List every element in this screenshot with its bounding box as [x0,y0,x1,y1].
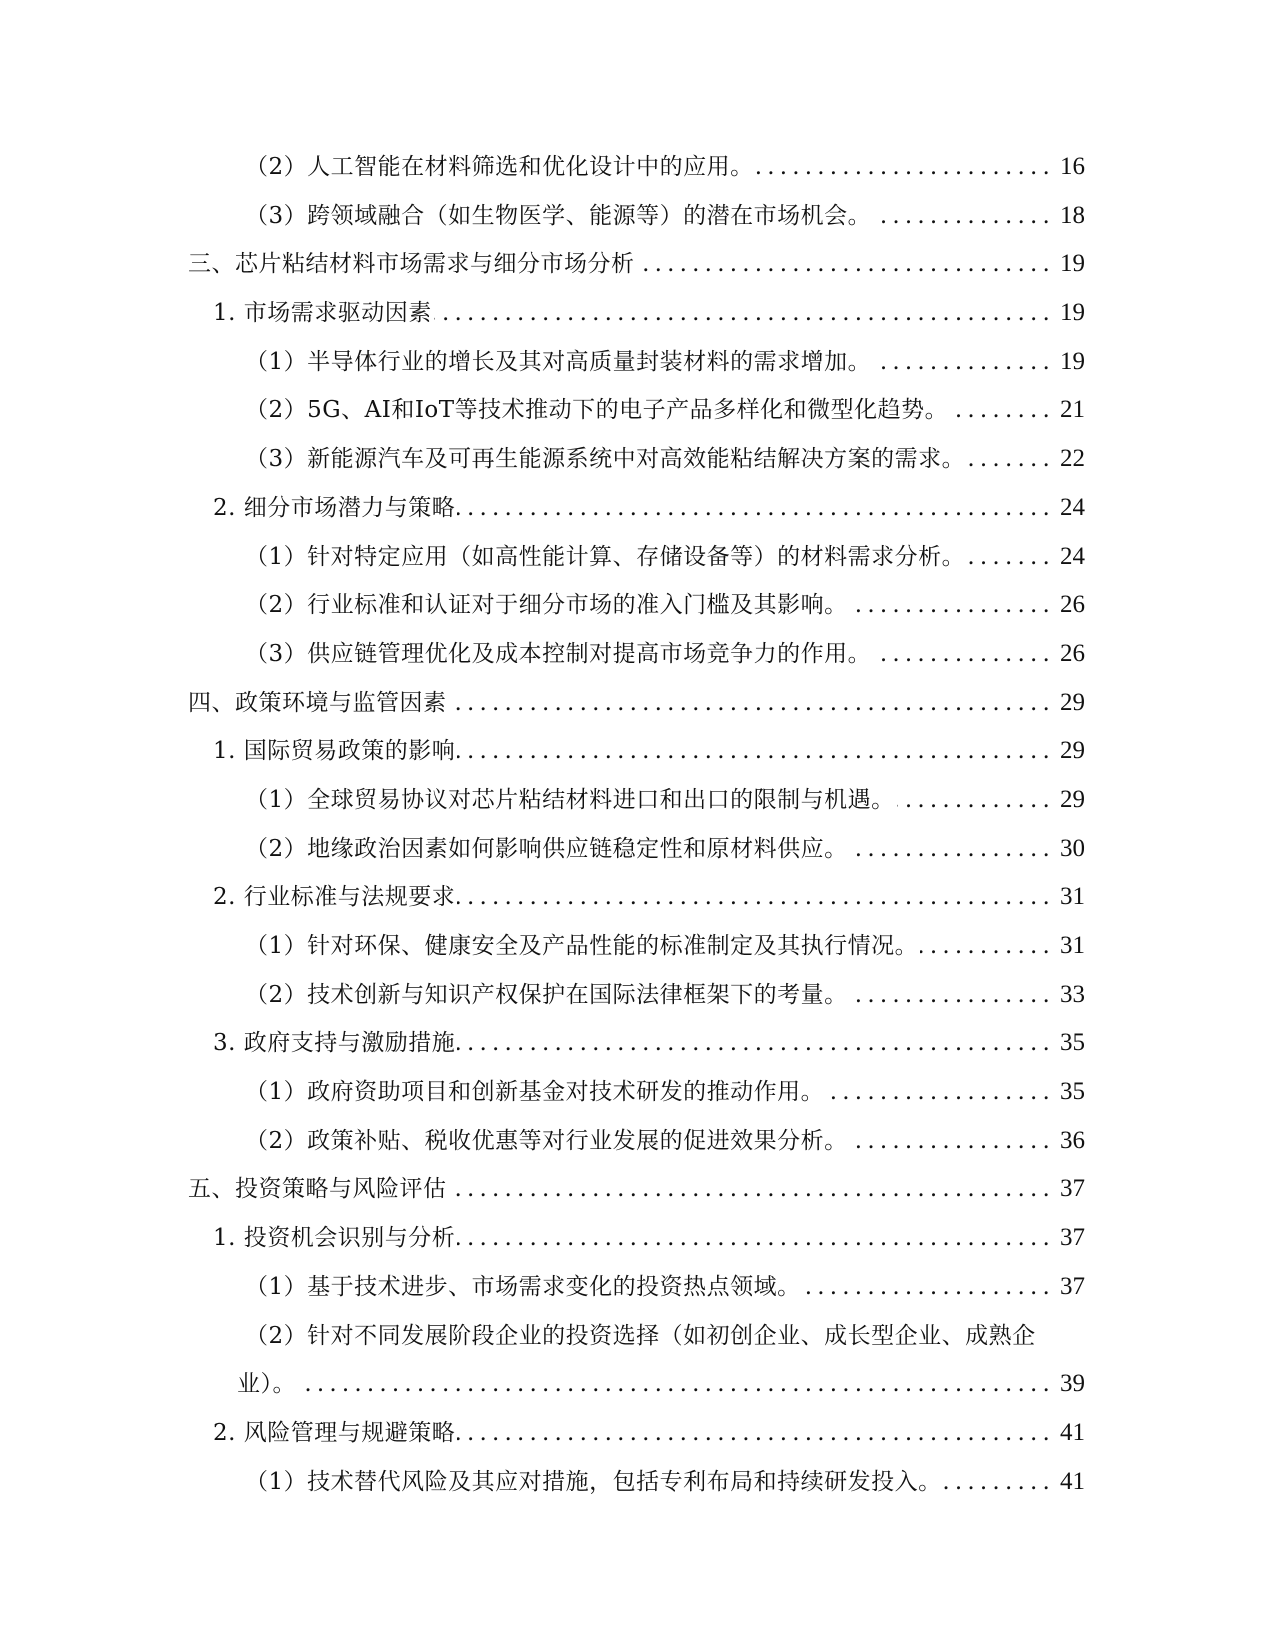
toc-entry-title: 三、芯片粘结材料市场需求与细分市场分析 [188,240,635,289]
toc-entry[interactable]: （3）供应链管理优化及成本控制对提高市场竞争力的作用。26 [0,630,1275,679]
toc-page-number: 18 [1057,192,1085,241]
toc-entry[interactable]: （2）人工智能在材料筛选和优化设计中的应用。16 [0,143,1275,192]
dot-leader [967,533,1055,582]
toc-page-number: 29 [1057,776,1085,825]
toc-entry-title: （2）人工智能在材料筛选和优化设计中的应用。 [245,143,754,192]
dot-leader [873,630,1055,679]
toc-page-number: 19 [1057,338,1085,387]
toc-entry[interactable]: （1）针对环保、健康安全及产品性能的标准制定及其执行情况。31 [0,922,1275,971]
toc-entry[interactable]: （1）半导体行业的增长及其对高质量封装材料的需求增加。19 [0,338,1275,387]
toc-section-entry[interactable]: 1. 市场需求驱动因素19 [0,289,1275,338]
toc-page-number: 16 [1057,143,1085,192]
toc-page-number: 26 [1057,630,1085,679]
dot-leader [449,1165,1056,1214]
toc-entry-title: （3）新能源汽车及可再生能源系统中对高效能粘结解决方案的需求。 [245,435,965,484]
toc-entry-title: （2）地缘政治因素如何影响供应链稳定性和原材料供应。 [245,825,848,874]
toc-entry-title: 1. 国际贸易政策的影响 [213,727,455,776]
toc-entry[interactable]: （3）跨领域融合（如生物医学、能源等）的潜在市场机会。18 [0,192,1275,241]
toc-page-number: 29 [1057,727,1085,776]
dot-leader [449,679,1056,728]
dot-leader [434,289,1055,338]
dot-leader [920,922,1055,971]
toc-page-number: 21 [1057,386,1085,435]
toc-entry-title: （2）针对不同发展阶段企业的投资选择（如初创企业、成长型企业、成熟企 [245,1312,1036,1361]
toc-entry-title: （1）针对环保、健康安全及产品性能的标准制定及其执行情况。 [245,922,918,971]
toc-entry-title: （2）政策补贴、税收优惠等对行业发展的促进效果分析。 [245,1117,848,1166]
dot-leader [944,1458,1055,1507]
dot-leader [873,338,1055,387]
toc-page-number: 41 [1057,1409,1085,1458]
toc-entry-wrapped-continuation[interactable]: 业）。39 [0,1360,1275,1409]
toc-page-number: 37 [1057,1263,1085,1312]
dot-leader [457,727,1055,776]
toc-section-entry[interactable]: 2. 风险管理与规避策略41 [0,1409,1275,1458]
toc-page-number: 24 [1057,533,1085,582]
toc-entry[interactable]: （2）5G、AI和IoT等技术推动下的电子产品多样化和微型化趋势。21 [0,386,1275,435]
toc-entry-title: 1. 市场需求驱动因素 [213,289,432,338]
toc-section-entry[interactable]: 1. 投资机会识别与分析37 [0,1214,1275,1263]
toc-entry[interactable]: （1）全球贸易协议对芯片粘结材料进口和出口的限制与机遇。29 [0,776,1275,825]
toc-section-entry[interactable]: 3. 政府支持与激励措施35 [0,1019,1275,1068]
toc-entry[interactable]: （2）政策补贴、税收优惠等对行业发展的促进效果分析。36 [0,1117,1275,1166]
dot-leader [897,776,1055,825]
toc-entry-title: 四、政策环境与监管因素 [188,679,447,728]
toc-page-number: 36 [1057,1117,1085,1166]
toc-entry-title: 2. 行业标准与法规要求 [213,873,455,922]
toc-page-number: 39 [1057,1360,1085,1409]
toc-chapter-entry[interactable]: 四、政策环境与监管因素29 [0,679,1275,728]
toc-entry[interactable]: （2）地缘政治因素如何影响供应链稳定性和原材料供应。30 [0,825,1275,874]
toc-section-entry[interactable]: 2. 行业标准与法规要求31 [0,873,1275,922]
table-of-contents: （2）人工智能在材料筛选和优化设计中的应用。16 （3）跨领域融合（如生物医学、… [0,143,1275,1506]
toc-page-number: 31 [1057,873,1085,922]
toc-entry-title: （3）跨领域融合（如生物医学、能源等）的潜在市场机会。 [245,192,871,241]
toc-page-number: 41 [1057,1458,1085,1507]
dot-leader [457,1409,1055,1458]
dot-leader [298,1360,1055,1409]
dot-leader [457,873,1055,922]
toc-page-number: 24 [1057,484,1085,533]
toc-page-number: 35 [1057,1019,1085,1068]
toc-chapter-entry[interactable]: 五、投资策略与风险评估37 [0,1165,1275,1214]
toc-page-number: 29 [1057,679,1085,728]
dot-leader [756,143,1055,192]
toc-entry-title: 2. 细分市场潜力与策略 [213,484,455,533]
toc-entry[interactable]: （1）政府资助项目和创新基金对技术研发的推动作用。35 [0,1068,1275,1117]
dot-leader [850,825,1055,874]
toc-entry-wrapped-first-line[interactable]: （2）针对不同发展阶段企业的投资选择（如初创企业、成长型企业、成熟企 [0,1312,1275,1361]
toc-entry-title: 五、投资策略与风险评估 [188,1165,447,1214]
toc-entry-title: （2）行业标准和认证对于细分市场的准入门槛及其影响。 [245,581,848,630]
toc-entry-title: 3. 政府支持与激励措施 [213,1019,455,1068]
dot-leader [637,240,1056,289]
toc-entry-title: （2）技术创新与知识产权保护在国际法律框架下的考量。 [245,971,848,1020]
toc-page-number: 30 [1057,825,1085,874]
toc-entry-title-continuation: 业）。 [237,1360,296,1409]
toc-entry-title: （1）基于技术进步、市场需求变化的投资热点领域。 [245,1263,801,1312]
toc-entry[interactable]: （1）针对特定应用（如高性能计算、存储设备等）的材料需求分析。24 [0,533,1275,582]
toc-chapter-entry[interactable]: 三、芯片粘结材料市场需求与细分市场分析19 [0,240,1275,289]
dot-leader [967,435,1055,484]
toc-section-entry[interactable]: 1. 国际贸易政策的影响29 [0,727,1275,776]
toc-page-number: 33 [1057,971,1085,1020]
toc-page-number: 19 [1057,240,1085,289]
dot-leader [850,1117,1055,1166]
toc-page-number: 26 [1057,581,1085,630]
toc-page-number: 31 [1057,922,1085,971]
dot-leader [457,484,1055,533]
toc-page-number: 22 [1057,435,1085,484]
toc-entry-title: （1）政府资助项目和创新基金对技术研发的推动作用。 [245,1068,824,1117]
dot-leader [873,192,1055,241]
toc-entry[interactable]: （1）基于技术进步、市场需求变化的投资热点领域。37 [0,1263,1275,1312]
toc-page-number: 37 [1057,1214,1085,1263]
toc-entry-title: （1）针对特定应用（如高性能计算、存储设备等）的材料需求分析。 [245,533,965,582]
toc-entry[interactable]: （3）新能源汽车及可再生能源系统中对高效能粘结解决方案的需求。22 [0,435,1275,484]
dot-leader [457,1214,1055,1263]
dot-leader [803,1263,1055,1312]
dot-leader [850,581,1055,630]
toc-page-number: 35 [1057,1068,1085,1117]
toc-entry[interactable]: （2）技术创新与知识产权保护在国际法律框架下的考量。33 [0,971,1275,1020]
dot-leader [457,1019,1055,1068]
dot-leader [950,386,1055,435]
toc-section-entry[interactable]: 2. 细分市场潜力与策略24 [0,484,1275,533]
toc-page-number: 19 [1057,289,1085,338]
toc-entry-title: （3）供应链管理优化及成本控制对提高市场竞争力的作用。 [245,630,871,679]
toc-entry-title: （1）半导体行业的增长及其对高质量封装材料的需求增加。 [245,338,871,387]
toc-entry-title: （1）技术替代风险及其应对措施，包括专利布局和持续研发投入。 [245,1458,942,1507]
toc-entry-title: （1）全球贸易协议对芯片粘结材料进口和出口的限制与机遇。 [245,776,895,825]
toc-page-number: 37 [1057,1165,1085,1214]
toc-entry-title: （2）5G、AI和IoT等技术推动下的电子产品多样化和微型化趋势。 [245,386,948,435]
toc-entry[interactable]: （1）技术替代风险及其应对措施，包括专利布局和持续研发投入。41 [0,1458,1275,1507]
toc-entry-title: 1. 投资机会识别与分析 [213,1214,455,1263]
toc-entry[interactable]: （2）行业标准和认证对于细分市场的准入门槛及其影响。26 [0,581,1275,630]
toc-entry-title: 2. 风险管理与规避策略 [213,1409,455,1458]
dot-leader [826,1068,1055,1117]
dot-leader [850,971,1055,1020]
